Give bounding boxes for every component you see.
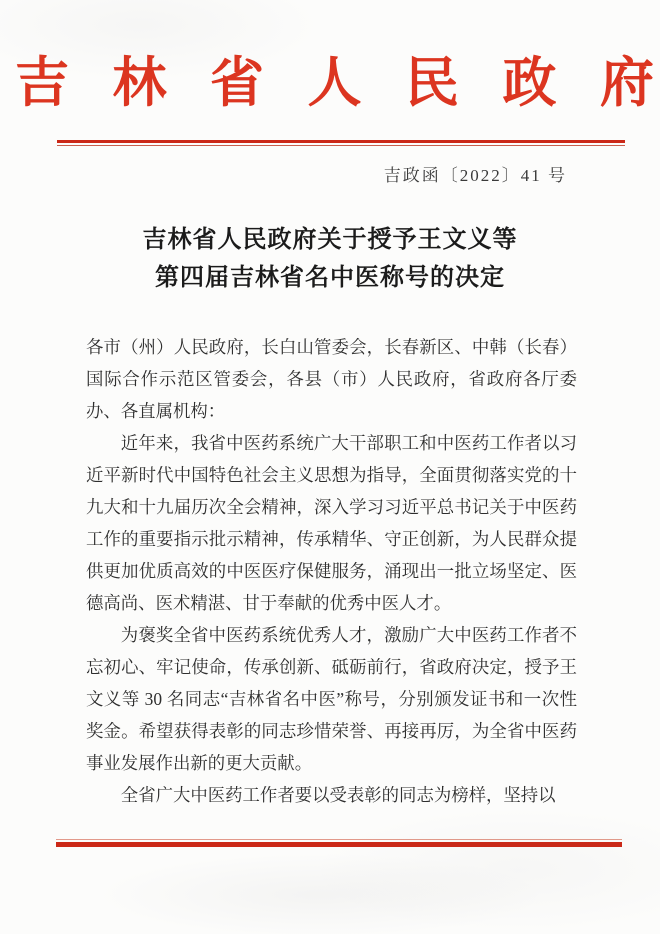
letterhead-divider-thin-rule: [57, 145, 625, 146]
letterhead-org-name: 吉 林 省 人 民 政 府: [0, 40, 660, 126]
doc-title-line-2: 第四届吉林省名中医称号的决定: [0, 259, 660, 297]
paragraph-decision: 为褒奖全省中医药系统优秀人才，激励广大中医药工作者不忘初心、牢记使命，传承创新、…: [86, 619, 577, 779]
letterhead-divider: [57, 140, 625, 146]
doc-reference-number: 吉政函〔2022〕41 号: [384, 161, 567, 186]
page-bottom-thick-rule: [56, 842, 622, 847]
paragraph-recipients: 各市（州）人民政府，长白山管委会，长春新区、中韩（长春）国际合作示范区管委会，各…: [86, 331, 577, 427]
letterhead-divider-thick-rule: [57, 140, 625, 143]
doc-title: 吉林省人民政府关于授予王文义等 第四届吉林省名中医称号的决定: [0, 221, 660, 297]
paragraph-background: 近年来，我省中医药系统广大干部职工和中医药工作者以习近平新时代中国特色社会主义思…: [86, 427, 577, 619]
document-page: 吉 林 省 人 民 政 府 吉政函〔2022〕41 号 吉林省人民政府关于授予王…: [0, 0, 660, 934]
page-bottom-divider: [56, 839, 622, 847]
page-bottom-thin-rule: [56, 839, 622, 840]
paragraph-call-to-action: 全省广大中医药工作者要以受表彰的同志为榜样，坚持以: [86, 779, 577, 811]
doc-body: 各市（州）人民政府，长白山管委会，长春新区、中韩（长春）国际合作示范区管委会，各…: [86, 331, 577, 811]
doc-title-line-1: 吉林省人民政府关于授予王文义等: [0, 221, 660, 259]
